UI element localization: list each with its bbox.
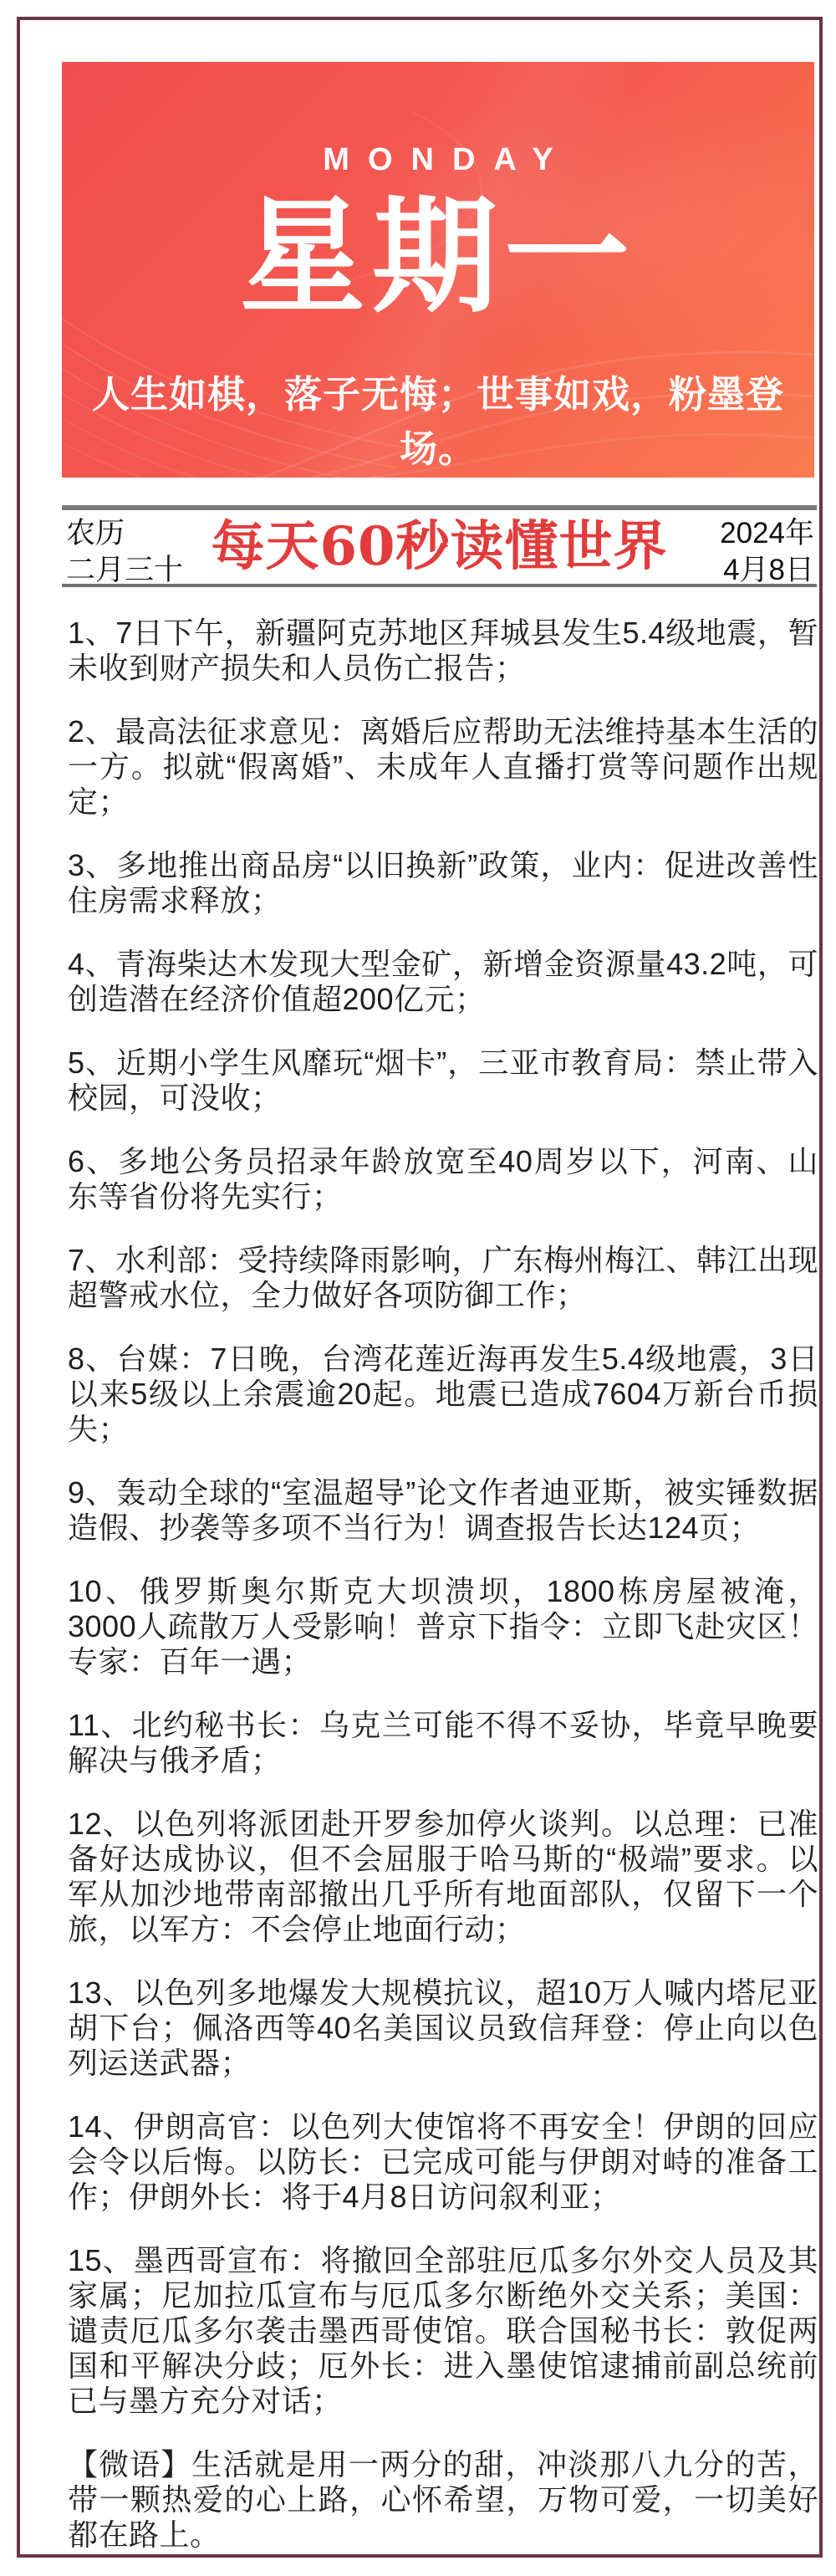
news-item: 1、7日下午，新疆阿克苏地区拜城县发生5.4级地震，暂未收到财产损失和人员伤亡报… xyxy=(68,616,818,686)
gregorian-year: 2024年 xyxy=(720,515,814,552)
news-item: 12、以色列将派团赴开罗参加停火谈判。以总理：已准备好达成协议，但不会屈服于哈马… xyxy=(68,1807,818,1947)
weiyu-label: 【微语】 xyxy=(68,2447,191,2481)
news-item: 7、水利部：受持续降雨影响，广东梅州梅江、韩江出现超警戒水位，全力做好各项防御工… xyxy=(68,1243,818,1313)
weekday-chinese: 星期一 xyxy=(62,190,814,324)
news-item: 15、墨西哥宣布：将撤回全部驻厄瓜多尔外交人员及其家属；尼加拉瓜宣布与厄瓜多尔断… xyxy=(68,2243,818,2419)
news-item: 10、俄罗斯奥尔斯克大坝溃坝，1800栋房屋被淹，3000人疏散万人受影响！普京… xyxy=(68,1574,818,1679)
news-item: 5、近期小学生风靡玩“烟卡”，三亚市教育局：禁止带入校园，可没收； xyxy=(68,1045,818,1116)
news-item: 9、轰动全球的“室温超导”论文作者迪亚斯，被实锤数据造假、抄袭等多项不当行为！调… xyxy=(68,1475,818,1546)
date-bar: 农历 二月三十 每天60秒读懂世界 2024年 4月8日 xyxy=(62,510,817,584)
brand-title: 每天60秒读懂世界 xyxy=(62,517,817,577)
news-item: 13、以色列多地爆发大规模抗议，超10万人喊内塔尼亚胡下台；佩洛西等40名美国议… xyxy=(68,1975,818,2081)
weekday-english: MONDAY xyxy=(62,142,814,178)
news-item: 3、多地推出商品房“以旧换新”政策，业内：促进改善性住房需求释放； xyxy=(68,848,818,918)
news-list: 1、7日下午，新疆阿克苏地区拜城县发生5.4级地震，暂未收到财产损失和人员伤亡报… xyxy=(68,616,818,2576)
page-border-frame: MONDAY 星期一 人生如棋，落子无悔；世事如戏，粉墨登场。 农历 二月三十 … xyxy=(17,17,823,2558)
gregorian-date-block: 2024年 4月8日 xyxy=(720,515,814,589)
news-item: 2、最高法征求意见：离婚后应帮助无法维持基本生活的一方。拟就“假离婚”、未成年人… xyxy=(68,714,818,820)
news-item: 8、台媒：7日晚，台湾花莲近海再发生5.4级地震，3日以来5级以上余震逾20起。… xyxy=(68,1342,818,1447)
news-item: 4、青海柴达木发现大型金矿，新增金资源量43.2吨，可创造潜在经济价值超200亿… xyxy=(68,947,818,1017)
news-item: 14、伊朗高官：以色列大使馆将不再安全！伊朗的回应会令以后悔。以防长：已完成可能… xyxy=(68,2109,818,2215)
header-card: MONDAY 星期一 人生如棋，落子无悔；世事如戏，粉墨登场。 xyxy=(62,62,814,478)
divider-line-bottom xyxy=(62,584,817,587)
page: MONDAY 星期一 人生如棋，落子无悔；世事如戏，粉墨登场。 农历 二月三十 … xyxy=(0,0,836,2576)
header-quote: 人生如棋，落子无悔；世事如戏，粉墨登场。 xyxy=(62,364,814,473)
weiyu-note: 【微语】生活就是用一两分的甜，冲淡那八九分的苦，带一颗热爱的心上路，心怀希望，万… xyxy=(68,2447,818,2553)
news-item: 11、北约秘书长：乌克兰可能不得不妥协，毕竟早晚要解决与俄矛盾； xyxy=(68,1708,818,1778)
news-item: 6、多地公务员招录年龄放宽至40周岁以下，河南、山东等省份将先实行； xyxy=(68,1144,818,1214)
